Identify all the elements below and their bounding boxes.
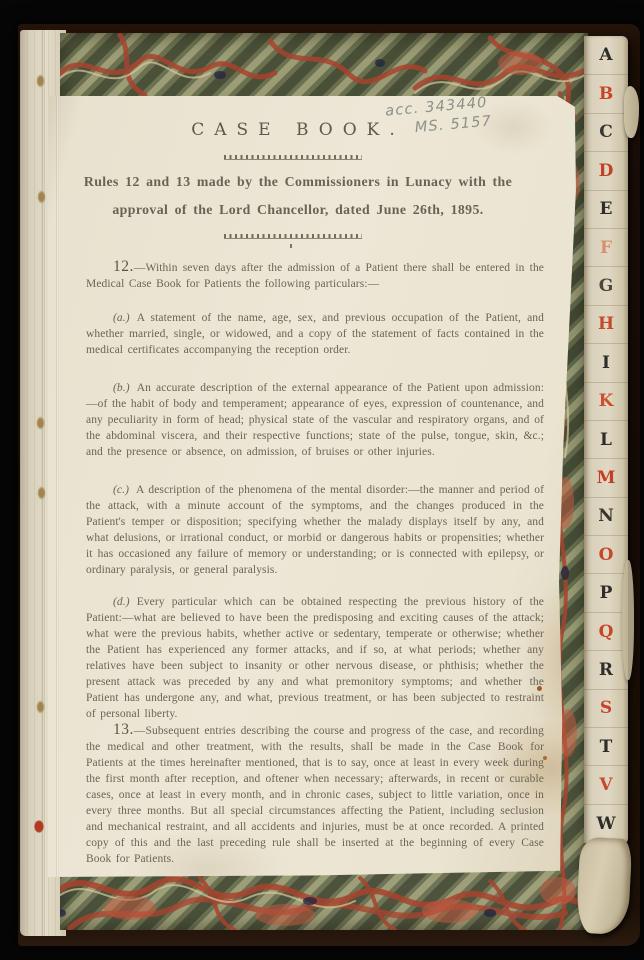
- index-tab-letter: N: [598, 506, 614, 526]
- index-tab-c: C: [584, 113, 628, 151]
- torn-paper-edge: [622, 560, 634, 680]
- rule-12-number: 12.: [113, 258, 134, 275]
- rust-spot: [537, 686, 542, 691]
- index-tab-m: M: [584, 458, 628, 496]
- index-tab-g: G: [584, 266, 628, 304]
- index-tab-letter: A: [599, 45, 612, 65]
- item-c-text: A description of the phenomena of the me…: [86, 484, 544, 576]
- index-tab-letter: T: [600, 737, 613, 757]
- index-tab-letter: K: [599, 391, 614, 411]
- red-marbling-stain: [34, 820, 44, 833]
- ornamental-rule: [224, 234, 362, 239]
- index-tab-letter: V: [599, 775, 612, 795]
- binding-crease: [42, 30, 45, 936]
- index-tab-b: B: [584, 74, 628, 112]
- index-tab-h: H: [584, 305, 628, 343]
- item-a-text: A statement of the name, age, sex, and p…: [86, 312, 544, 356]
- index-tab-letter: O: [599, 545, 614, 565]
- index-tab-letter: P: [600, 583, 613, 603]
- index-tab-e: E: [584, 190, 628, 228]
- index-tab-letter: Q: [599, 622, 614, 642]
- index-tab-letter: F: [600, 238, 612, 258]
- binding-stitch: [37, 190, 46, 204]
- page-fold-line: [56, 96, 59, 877]
- index-tab-letter: E: [600, 199, 613, 219]
- rule-12-item-d: (d.)Every particular which can be obtain…: [86, 594, 544, 722]
- index-tab-letter: M: [597, 468, 616, 488]
- index-tab-o: O: [584, 535, 628, 573]
- binding-stitch: [36, 74, 45, 88]
- subtitle-line-1: Rules 12 and 13 made by the Commissioner…: [84, 174, 512, 189]
- index-tab-v: V: [584, 765, 628, 803]
- item-b-text: An accurate description of the external …: [86, 382, 544, 458]
- subtitle-line-2: approval of the Lord Chancellor, dated J…: [112, 202, 483, 217]
- rules-subtitle: Rules 12 and 13 made by the Commissioner…: [74, 168, 522, 223]
- rule-12-intro: 12.—Within seven days after the admissio…: [86, 259, 544, 292]
- item-b-label: (b.): [113, 382, 130, 394]
- index-tab-r: R: [584, 650, 628, 688]
- printed-rules-page: CASE BOOK. acc. 343440 MS. 5157 Rules 12…: [48, 96, 577, 877]
- photographed-case-book: CASE BOOK. acc. 343440 MS. 5157 Rules 12…: [0, 0, 644, 960]
- index-tab-i: I: [584, 343, 628, 381]
- index-tab-letter: W: [596, 814, 615, 834]
- index-tab-letter: L: [600, 430, 612, 450]
- item-d-text: Every particular which can be obtained r…: [86, 596, 544, 720]
- ornamental-rule: [224, 155, 362, 160]
- item-a-label: (a.): [113, 312, 130, 324]
- item-c-label: (c.): [113, 484, 129, 496]
- index-tab-d: D: [584, 151, 628, 189]
- index-tab-letter: I: [602, 353, 610, 373]
- rule-13-text: —Subsequent entries describing the cours…: [86, 725, 544, 865]
- index-tab-s: S: [584, 689, 628, 727]
- binding-stitch: [37, 486, 46, 500]
- rule-12-item-a: (a.)A statement of the name, age, sex, a…: [86, 310, 544, 358]
- index-tab-letter: R: [599, 660, 613, 680]
- rust-spot: [543, 756, 547, 760]
- binding-stitch: [36, 700, 45, 714]
- rule-12-item-c: (c.)A description of the phenomena of th…: [86, 482, 544, 578]
- index-tab-a: A: [584, 36, 628, 74]
- index-tab-k: K: [584, 382, 628, 420]
- index-tab-letter: D: [599, 161, 614, 181]
- index-tab-f: F: [584, 228, 628, 266]
- index-tab-letter: G: [599, 276, 614, 296]
- index-tab-t: T: [584, 727, 628, 765]
- rule-12-intro-text: —Within seven days after the admission o…: [86, 262, 544, 290]
- rule-12-item-b: (b.)An accurate description of the exter…: [86, 380, 544, 460]
- rule-13-number: 13.: [113, 721, 134, 738]
- item-d-label: (d.): [113, 596, 130, 608]
- rule-13: 13.—Subsequent entries describing the co…: [86, 722, 544, 867]
- index-tab-n: N: [584, 497, 628, 535]
- index-tab-l: L: [584, 420, 628, 458]
- index-tab-letter: H: [598, 314, 614, 334]
- index-tab-letter: B: [599, 84, 613, 104]
- index-tab-letter: C: [599, 122, 613, 142]
- alphabet-thumb-index: A B C D E F G H I K L M N O P Q R S T V …: [584, 36, 628, 843]
- index-tab-w: W: [584, 804, 628, 842]
- index-tab-letter: S: [600, 698, 612, 718]
- binding-stitch: [36, 416, 45, 430]
